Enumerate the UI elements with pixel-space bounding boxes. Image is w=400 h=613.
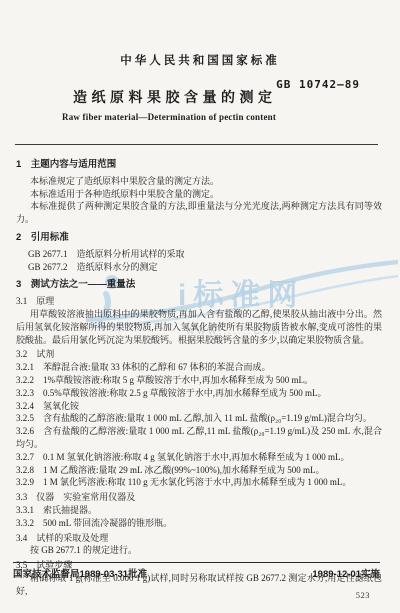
paragraph: 按 GB 2677.1 的规定进行。: [16, 544, 382, 557]
subsection-heading: 3.1 原理: [16, 295, 382, 308]
list-item: 3.2.1 苯醇混合液:量取 33 体积的乙醇和 67 体积的苯混合而成。: [16, 361, 382, 374]
reference-item: GB 2677.1 造纸原料分析用试样的采取: [28, 248, 382, 261]
section-heading: 2 引用标准: [16, 232, 382, 245]
section-heading: 3 测试方法之一——重量法: [16, 279, 382, 292]
reference-item: GB 2677.2 造纸原料水分的测定: [28, 261, 382, 274]
section-heading: 1 主题内容与适用范围: [16, 159, 382, 172]
paragraph: 本标准提供了两种测定果胶含量的方法,即重量法与分光光度法,两种测定方法具有同等效…: [16, 200, 382, 226]
standard-authority-line: 中华人民共和国国家标准: [0, 52, 400, 68]
list-item: 3.3.1 索氏抽提器。: [16, 504, 382, 517]
paragraph: 用草酸铵溶液抽出原料中的果胶物质,再加入含有盐酸的乙醇,使果胶从抽出液中分出。然…: [16, 308, 382, 346]
list-item: 3.2.7 0.1 M 氢氧化钠溶液:称取 4 g 氢氧化钠溶于水中,再加水稀释…: [16, 451, 382, 464]
list-item: 3.2.2 1%草酸铵溶液:称取 5 g 草酸铵溶于水中,再加水稀释至成为 50…: [16, 374, 382, 387]
page-number: 523: [356, 590, 370, 600]
document-title-cn: 造纸原料果胶含量的测定: [73, 87, 277, 107]
list-item: 3.2.8 1 M 乙酸溶液:量取 29 mL 冰乙酸(99%~100%),加水…: [16, 464, 382, 477]
list-item: 3.3.2 500 mL 带回流冷凝器的锥形瓶。: [16, 517, 382, 530]
paragraph: 本标准适用于各种造纸原料中果胶含量的测定。: [16, 188, 382, 201]
list-item: 3.2.4 氢氧化铵: [16, 400, 382, 413]
document-body: 1 主题内容与适用范围 本标准规定了造纸原料中果胶含量的测定方法。 本标准适用于…: [16, 153, 382, 598]
list-item: 3.2.5 含有盐酸的乙醇溶液:量取 1 000 mL 乙醇,加入 11 mL …: [16, 412, 382, 425]
subsection-heading: 3.3 仪器 实验室常用仪器及: [16, 491, 382, 504]
standard-code: GB 10742—89: [276, 78, 360, 91]
footer: 国家技术监督局1989-03-31批准 1989-12-01实施: [13, 566, 380, 580]
footer-divider: [13, 562, 380, 563]
subsection-heading: 3.2 试剂: [16, 348, 382, 361]
paragraph: 本标准规定了造纸原料中果胶含量的测定方法。: [16, 175, 382, 188]
scanned-standard-page: i标准网 WWW.......COM 中华人民共和国国家标准 GB 10742—…: [0, 0, 400, 613]
header-divider: [15, 144, 378, 145]
list-item: 3.2.6 含有盐酸的乙醇溶液:量取 1 000 mL 乙醇,11 mL 盐酸(…: [16, 425, 382, 451]
subsection-heading: 3.4 试样的采取及处理: [16, 532, 382, 545]
document-title-en: Raw fiber material—Determination of pect…: [62, 112, 276, 122]
effective-note: 1989-12-01实施: [312, 566, 380, 580]
approval-note: 国家技术监督局1989-03-31批准: [13, 566, 147, 580]
list-item: 3.2.9 1 M 氯化钙溶液:称取 110 g 无水氯化钙溶于水中,再加水稀释…: [16, 476, 382, 489]
list-item: 3.2.3 0.5%草酸铵溶液:称取 2.5 g 草酸铵溶于水中,再加水稀释至成…: [16, 387, 382, 400]
